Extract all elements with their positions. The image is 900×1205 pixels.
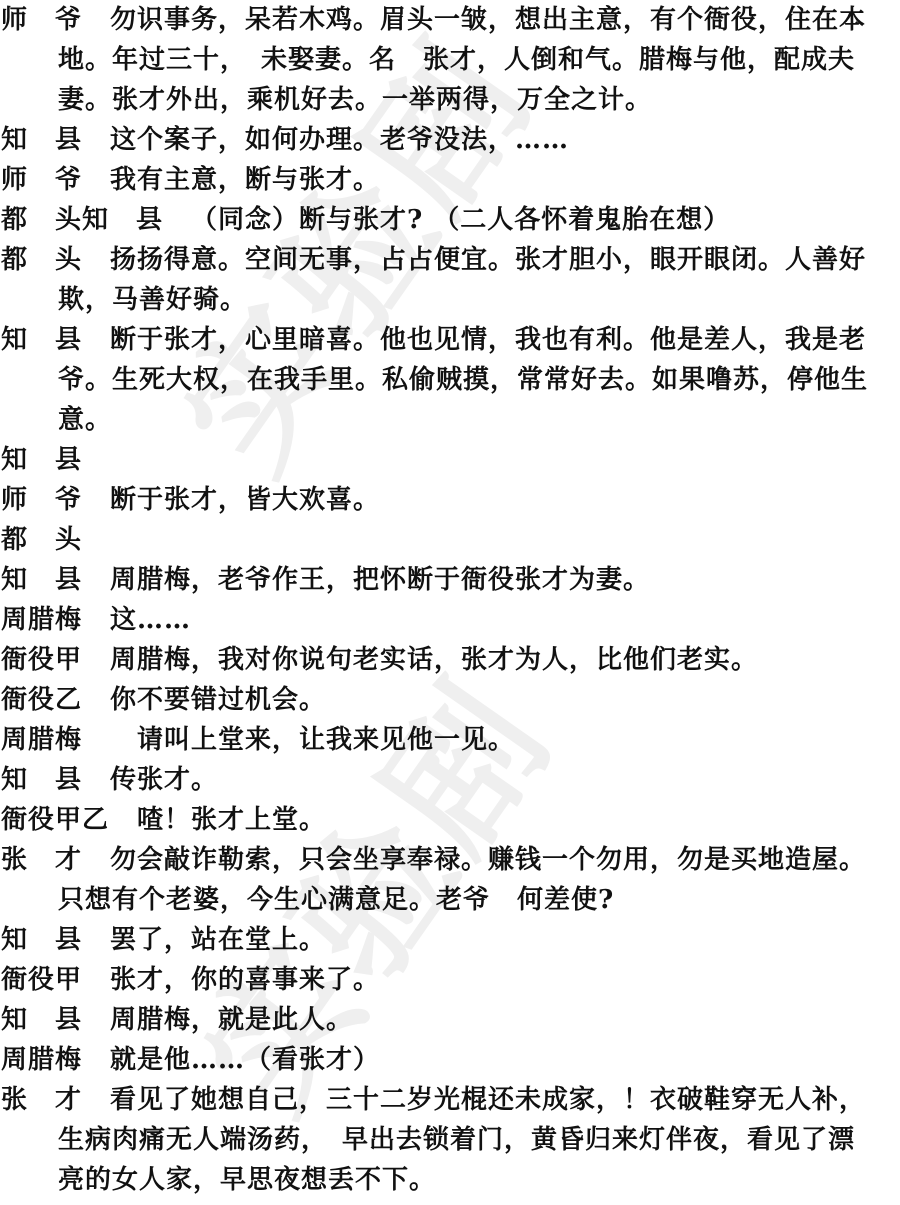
speaker-name: 周腊梅 [1, 605, 82, 635]
speaker-name: 张 才 [1, 845, 82, 875]
script-document: 师 爷勿识事务，呆若木鸡。眉头一皱，想出主意，有个衙役，住在本地。年过三十， 未… [0, 0, 900, 1200]
dialogue-text: 这个案子，如何办理。老爷没法，…… [110, 125, 569, 155]
dialogue-text: 勿识事务，呆若木鸡。眉头一皱，想出主意，有个衙役，住在本地。年过三十， 未娶妻。… [58, 5, 866, 115]
dialogue-text: 看见了她想自己，三十二岁光棍还未成家，！衣破鞋穿无人补，生病肉痛无人端汤药， 早… [58, 1085, 866, 1195]
speaker-name: 知 县 [1, 765, 82, 795]
speaker-name: 师 爷 [1, 485, 82, 515]
dialogue-line: 张 才勿会敲诈勒索，只会坐享奉禄。赚钱一个勿用，勿是买地造屋。只想有个老婆，今生… [0, 840, 878, 920]
dialogue-line: 张 才看见了她想自己，三十二岁光棍还未成家，！衣破鞋穿无人补，生病肉痛无人端汤药… [0, 1080, 878, 1200]
dialogue-text: 这…… [110, 605, 191, 635]
dialogue-line: 知 县断于张才，心里暗喜。他也见情，我也有利。他是差人，我是老爷。生死大权，在我… [0, 320, 878, 440]
dialogue-line: 师 爷我有主意，断与张才。 [0, 160, 878, 200]
dialogue-line: 都 头 [0, 520, 878, 560]
dialogue-text: 断于张才，皆大欢喜。 [110, 485, 380, 515]
speaker-name: 都 头 [1, 525, 82, 555]
dialogue-line: 都 头扬扬得意。空间无事，占占便宜。张才胆小，眼开眼闭。人善好欺，马善好骑。 [0, 240, 878, 320]
speaker-name: 都 头 [1, 245, 82, 275]
dialogue-line: 都 头知 县（同念）断与张才? （二人各怀着鬼胎在想） [0, 200, 878, 240]
dialogue-line: 衙役甲周腊梅，我对你说句老实话，张才为人，比他们老实。 [0, 640, 878, 680]
speaker-name: 衙役甲 [1, 645, 82, 675]
dialogue-text: 请叫上堂来，让我来见他一见。 [110, 725, 515, 755]
speaker-name: 知 县 [1, 1005, 82, 1035]
dialogue-text: 断于张才，心里暗喜。他也见情，我也有利。他是差人，我是老爷。生死大权，在我手里。… [58, 325, 868, 435]
dialogue-text: 勿会敲诈勒索，只会坐享奉禄。赚钱一个勿用，勿是买地造屋。只想有个老婆，今生心满意… [58, 845, 866, 915]
dialogue-line: 师 爷勿识事务，呆若木鸡。眉头一皱，想出主意，有个衙役，住在本地。年过三十， 未… [0, 0, 878, 120]
dialogue-text: 扬扬得意。空间无事，占占便宜。张才胆小，眼开眼闭。人善好欺，马善好骑。 [58, 245, 866, 315]
dialogue-text: 我有主意，断与张才。 [110, 165, 380, 195]
speaker-name: 周腊梅 [1, 1045, 82, 1075]
speaker-name: 知 县 [1, 325, 82, 355]
speaker-name: 知 县 [1, 565, 82, 595]
dialogue-text: 喳！张才上堂。 [137, 805, 326, 835]
dialogue-line: 知 县 [0, 440, 878, 480]
dialogue-line: 周腊梅就是他……（看张才） [0, 1040, 878, 1080]
dialogue-text: 罢了，站在堂上。 [110, 925, 326, 955]
dialogue-line: 知 县这个案子，如何办理。老爷没法，…… [0, 120, 878, 160]
dialogue-text: 就是他……（看张才） [110, 1045, 380, 1075]
dialogue-line: 衙役甲张才，你的喜事来了。 [0, 960, 878, 1000]
speaker-name: 师 爷 [1, 165, 82, 195]
dialogue-text: 传张才。 [110, 765, 218, 795]
dialogue-text: 周腊梅，老爷作王，把怀断于衙役张才为妻。 [110, 565, 650, 595]
dialogue-line: 知 县周腊梅，就是此人。 [0, 1000, 878, 1040]
dialogue-line: 师 爷断于张才，皆大欢喜。 [0, 480, 878, 520]
speaker-name: 衙役甲 [1, 965, 82, 995]
dialogue-text: 周腊梅，就是此人。 [110, 1005, 353, 1035]
speaker-name: 知 县 [1, 445, 82, 475]
speaker-name: 衙役乙 [1, 685, 82, 715]
speaker-name: 师 爷 [1, 5, 82, 35]
speaker-name: 衙役甲乙 [1, 805, 109, 835]
dialogue-line: 知 县传张才。 [0, 760, 878, 800]
dialogue-line: 衙役乙你不要错过机会。 [0, 680, 878, 720]
dialogue-text: （同念）断与张才? （二人各怀着鬼胎在想） [191, 205, 730, 235]
dialogue-line: 周腊梅 请叫上堂来，让我来见他一见。 [0, 720, 878, 760]
dialogue-line: 周腊梅这…… [0, 600, 878, 640]
dialogue-line: 知 县罢了，站在堂上。 [0, 920, 878, 960]
speaker-name: 知 县 [1, 125, 82, 155]
speaker-name: 知 县 [1, 925, 82, 955]
dialogue-line: 知 县周腊梅，老爷作王，把怀断于衙役张才为妻。 [0, 560, 878, 600]
dialogue-text: 你不要错过机会。 [110, 685, 326, 715]
speaker-name: 都 头知 县 [1, 205, 163, 235]
dialogue-line: 衙役甲乙喳！张才上堂。 [0, 800, 878, 840]
speaker-name: 张 才 [1, 1085, 82, 1115]
speaker-name: 周腊梅 [1, 725, 82, 755]
dialogue-text: 张才，你的喜事来了。 [110, 965, 380, 995]
dialogue-text: 周腊梅，我对你说句老实话，张才为人，比他们老实。 [110, 645, 758, 675]
